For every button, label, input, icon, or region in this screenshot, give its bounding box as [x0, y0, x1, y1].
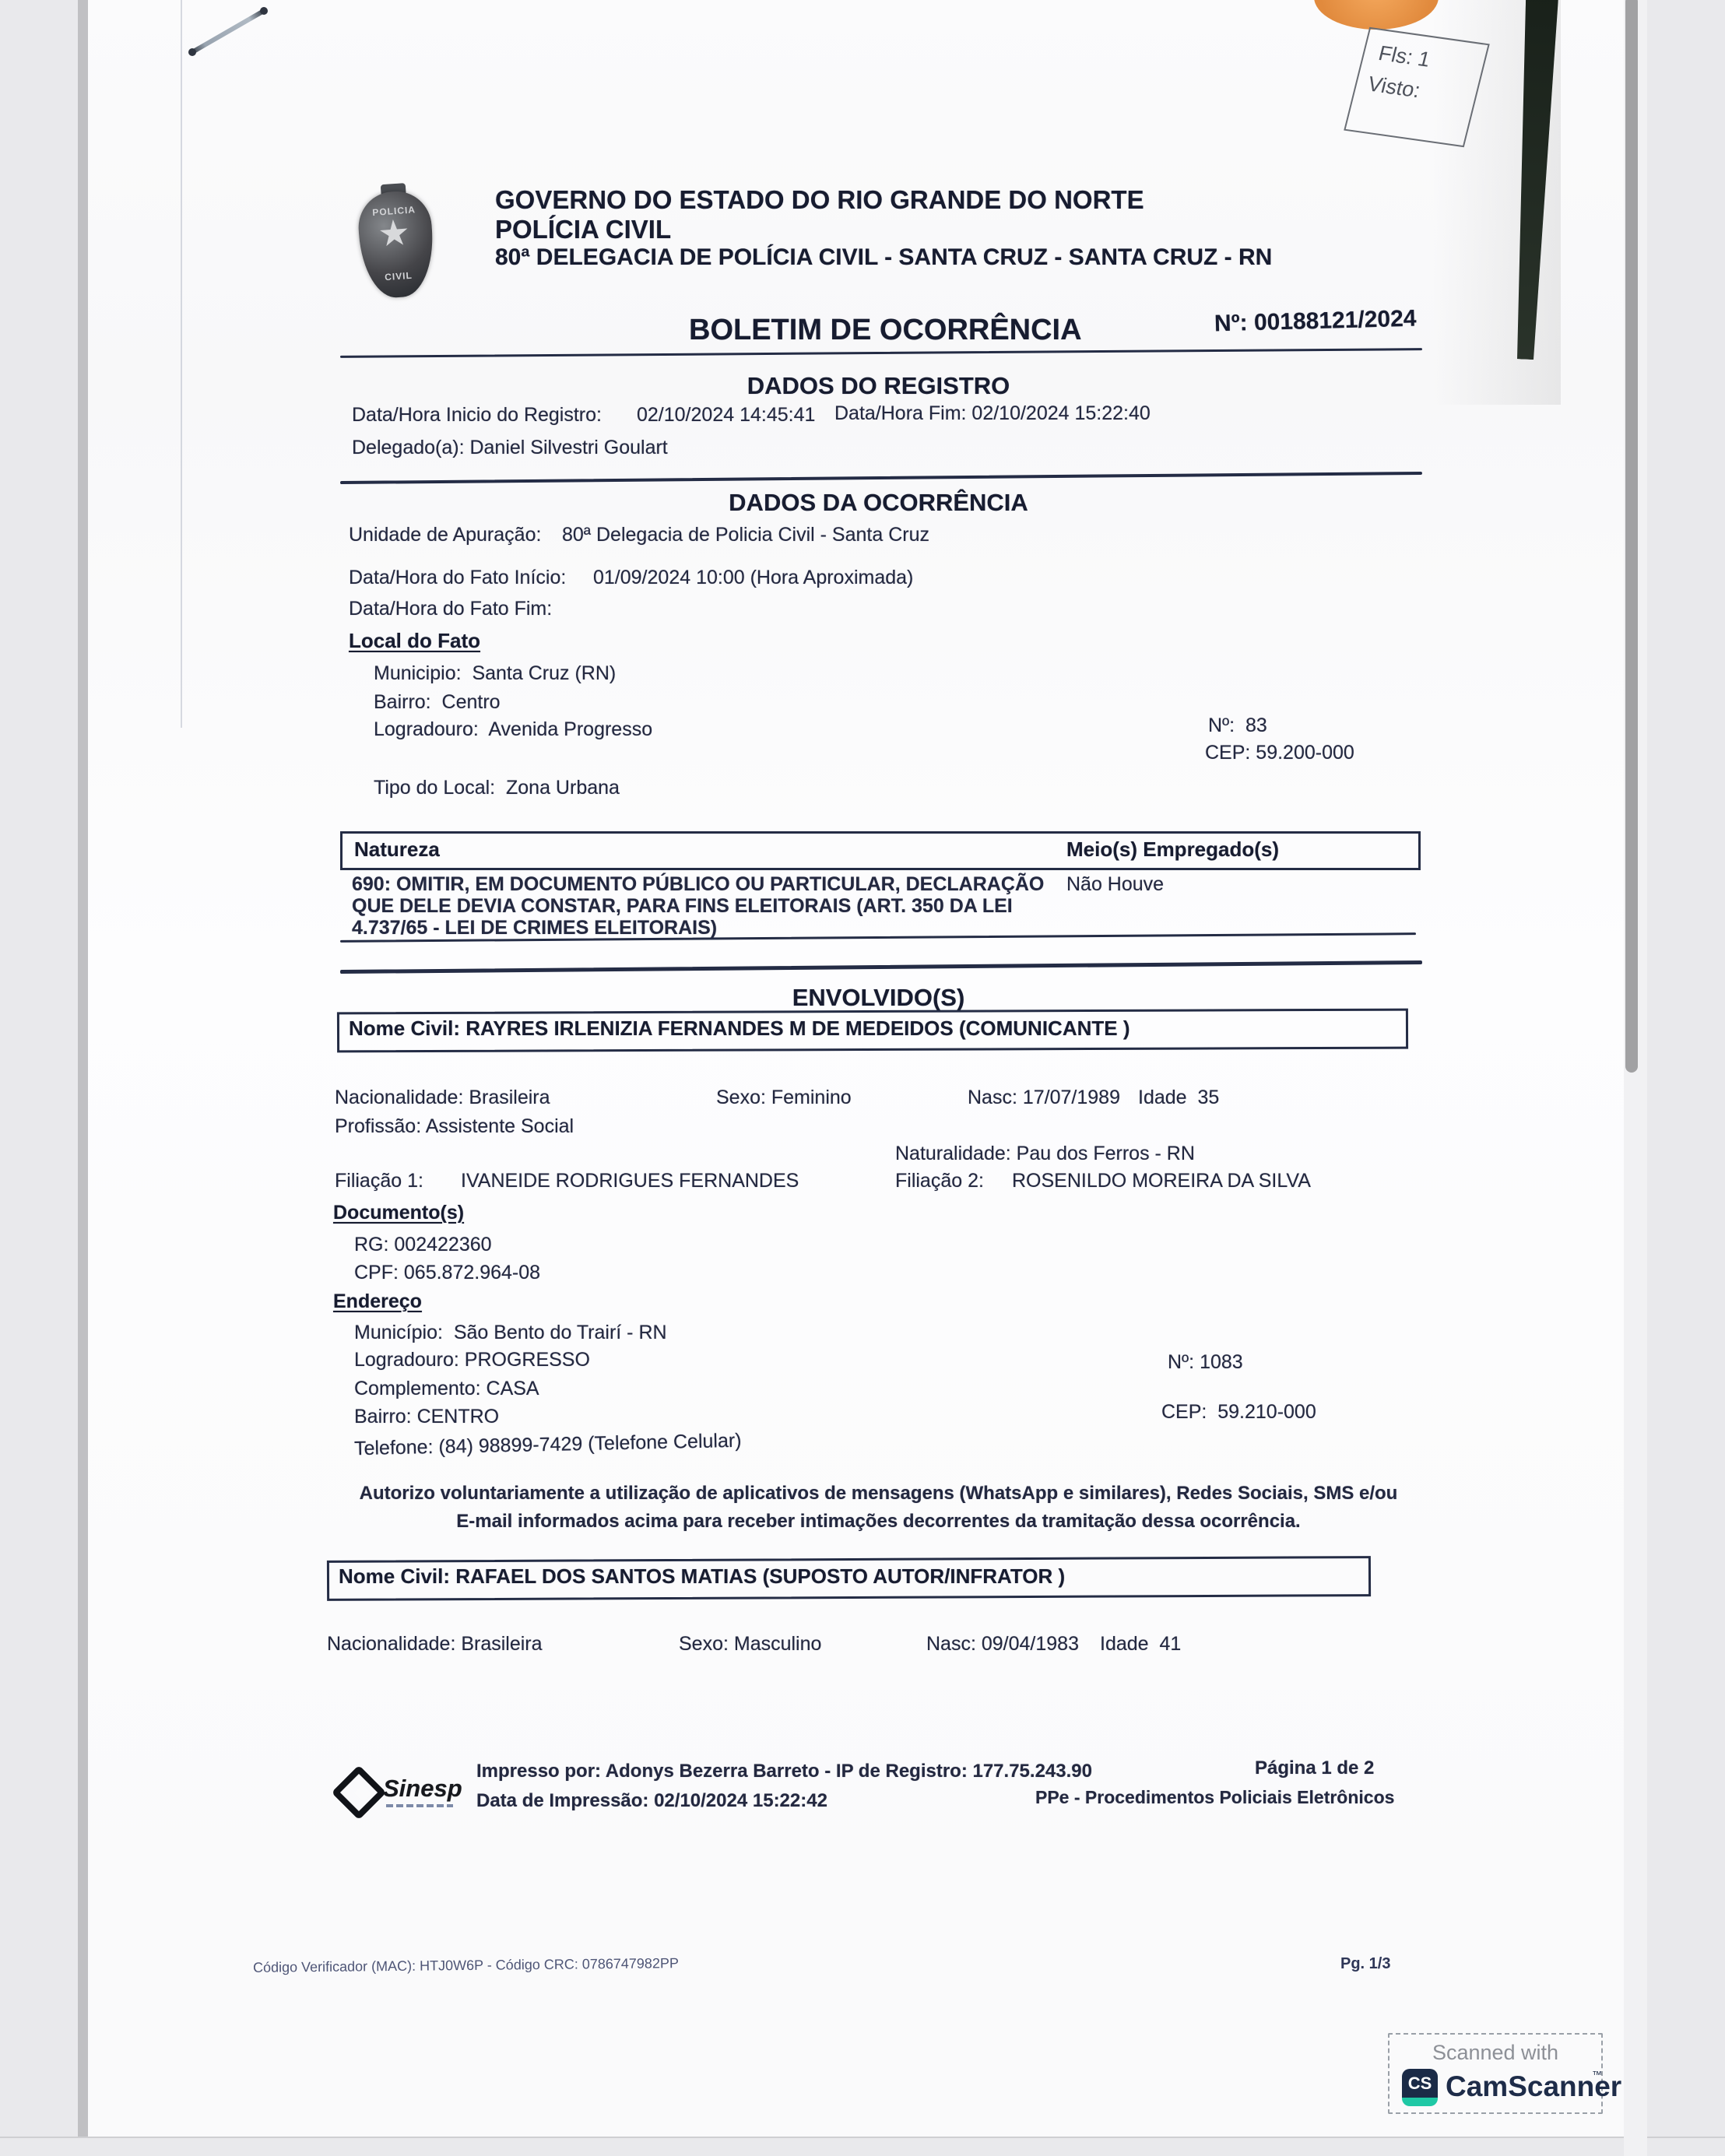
viewer-bottom-margin	[0, 2138, 1725, 2156]
pessoa1-cpf: CPF: 065.872.964-08	[354, 1262, 540, 1284]
unidade-value: 80ª Delegacia de Policia Civil - Santa C…	[562, 524, 929, 546]
scrollbar-thumb[interactable]	[1625, 0, 1638, 1073]
meios-header: Meio(s) Empregado(s)	[1066, 837, 1279, 862]
sinesp-logo: Sinesp	[335, 1768, 483, 1823]
occurrence-number: Nº: 00188121/2024	[1214, 306, 1417, 338]
natureza-text-line3: 4.737/65 - LEI DE CRIMES ELEITORAIS)	[352, 917, 717, 939]
local-do-fato-heading: Local do Fato	[349, 629, 480, 653]
footer-impresso-por: Impresso por: Adonys Bezerra Barreto - I…	[476, 1761, 1092, 1782]
pessoa2-nacionalidade: Nacionalidade: Brasileira	[327, 1633, 543, 1656]
registro-delegado: Delegado(a): Daniel Silvestri Goulart	[352, 437, 668, 459]
fls-visto-stamp: Fls: 1 Visto:	[1344, 27, 1490, 147]
letterhead-delegacia: 80ª DELEGACIA DE POLÍCIA CIVIL - SANTA C…	[495, 244, 1272, 271]
footer-pagina: Página 1 de 2	[1255, 1757, 1374, 1779]
pessoa1-filiacao1: IVANEIDE RODRIGUES FERNANDES	[461, 1170, 799, 1192]
pessoa1-rg: RG: 002422360	[354, 1234, 492, 1256]
autorizacao-line1: Autorizo voluntariamente a utilização de…	[340, 1483, 1417, 1505]
registro-inicio-label: Data/Hora Inicio do Registro:	[352, 404, 602, 427]
pessoa2-nascimento: Nasc: 09/04/1983	[926, 1633, 1079, 1656]
letterhead-government: GOVERNO DO ESTADO DO RIO GRANDE DO NORTE	[495, 185, 1144, 215]
camscanner-scanned-with: Scanned with	[1389, 2041, 1601, 2065]
pessoa1-municipio: Município: São Bento do Trairí - RN	[354, 1322, 667, 1344]
local-numero: Nº: 83	[1208, 715, 1267, 737]
camscanner-watermark: Scanned with CS CamScanner ™	[1388, 2033, 1603, 2114]
natureza-header: Natureza	[354, 837, 440, 862]
documentos-heading: Documento(s)	[333, 1202, 464, 1224]
pen-tip	[188, 48, 196, 56]
camscanner-cs-icon: CS	[1402, 2069, 1438, 2106]
pessoa1-naturalidade: Naturalidade: Pau dos Ferros - RN	[895, 1143, 1195, 1165]
fato-inicio-label: Data/Hora do Fato Início:	[349, 567, 566, 589]
natureza-text-line1: 690: OMITIR, EM DOCUMENTO PÚBLICO OU PAR…	[352, 873, 1044, 896]
local-cep: CEP: 59.200-000	[1205, 742, 1354, 764]
pessoa1-profissao: Profissão: Assistente Social	[335, 1115, 574, 1138]
sinesp-wordmark: Sinesp	[383, 1775, 462, 1803]
local-municipio: Municipio: Santa Cruz (RN)	[374, 662, 616, 685]
pessoa1-complemento: Complemento: CASA	[354, 1378, 539, 1400]
pessoa1-idade: Idade 35	[1138, 1087, 1219, 1109]
local-bairro: Bairro: Centro	[374, 691, 501, 714]
page-edge-shadow	[78, 0, 88, 2138]
pessoa1-filiacao1-label: Filiação 1:	[335, 1170, 423, 1192]
meios-value: Não Houve	[1066, 873, 1164, 896]
police-badge-star-icon: ★	[357, 212, 432, 253]
footer-ppe: PPe - Procedimentos Policiais Eletrônico…	[1035, 1787, 1394, 1808]
section-dados-registro: DADOS DO REGISTRO	[340, 372, 1417, 400]
pen-cap	[260, 7, 268, 15]
natureza-text-line2: QUE DELE DEVIA CONSTAR, PARA FINS ELEITO…	[352, 895, 1013, 918]
pessoa1-bairro: Bairro: CENTRO	[354, 1406, 499, 1428]
cs-icon-letters: CS	[1402, 2069, 1438, 2098]
pessoa2-idade: Idade 41	[1100, 1633, 1181, 1656]
fato-fim-label: Data/Hora do Fato Fim:	[349, 598, 552, 620]
document-title: BOLETIM DE OCORRÊNCIA	[689, 314, 1082, 347]
camscanner-brand-row: CS CamScanner ™	[1402, 2067, 1601, 2108]
endereco-heading: Endereço	[333, 1290, 422, 1313]
pessoa2-sexo: Sexo: Masculino	[679, 1633, 821, 1656]
footer-data-impressao: Data de Impressão: 02/10/2024 15:22:42	[476, 1790, 827, 1812]
fato-inicio-value: 01/09/2024 10:00 (Hora Aproximada)	[593, 567, 913, 589]
paper-fold-line	[181, 0, 182, 728]
local-logradouro: Logradouro: Avenida Progresso	[374, 718, 652, 741]
pessoa1-sexo: Sexo: Feminino	[716, 1087, 852, 1109]
pessoa1-filiacao2: ROSENILDO MOREIRA DA SILVA	[1012, 1170, 1311, 1192]
pessoa1-cep: CEP: 59.210-000	[1161, 1401, 1316, 1424]
pessoa1-logradouro: Logradouro: PROGRESSO	[354, 1349, 590, 1371]
pessoa1-nacionalidade: Nacionalidade: Brasileira	[335, 1087, 550, 1109]
page-indicator: Pg. 1/3	[1340, 1955, 1390, 1973]
unidade-label: Unidade de Apuração:	[349, 524, 541, 546]
policia-civil-badge-icon: POLICIA ★ CIVIL	[354, 181, 440, 305]
pessoa1-nome: Nome Civil: RAYRES IRLENIZIA FERNANDES M…	[349, 1017, 1130, 1041]
registro-inicio-value: 02/10/2024 14:45:41	[637, 404, 815, 427]
section-dados-ocorrencia: DADOS DA OCORRÊNCIA	[340, 489, 1417, 517]
camscanner-tm: ™	[1592, 2069, 1602, 2081]
pessoa1-numero: Nº: 1083	[1168, 1351, 1243, 1374]
autorizacao-line2: E-mail informados acima para receber int…	[340, 1511, 1417, 1533]
pessoa1-nascimento: Nasc: 17/07/1989	[968, 1087, 1120, 1109]
stamp-visto: Visto:	[1365, 72, 1477, 111]
pessoa2-nome: Nome Civil: RAFAEL DOS SANTOS MATIAS (SU…	[339, 1564, 1065, 1589]
registro-fim: Data/Hora Fim: 02/10/2024 15:22:40	[834, 402, 1151, 425]
letterhead-policia-civil: POLÍCIA CIVIL	[495, 215, 671, 244]
local-tipo: Tipo do Local: Zona Urbana	[374, 777, 620, 799]
cs-icon-teal-bar	[1402, 2098, 1438, 2106]
sinesp-logo-subtext	[386, 1804, 453, 1807]
section-envolvidos: ENVOLVIDO(S)	[340, 984, 1417, 1012]
stamp-fls: Fls: 1	[1376, 41, 1485, 79]
pessoa1-filiacao2-label: Filiação 2:	[895, 1170, 984, 1192]
